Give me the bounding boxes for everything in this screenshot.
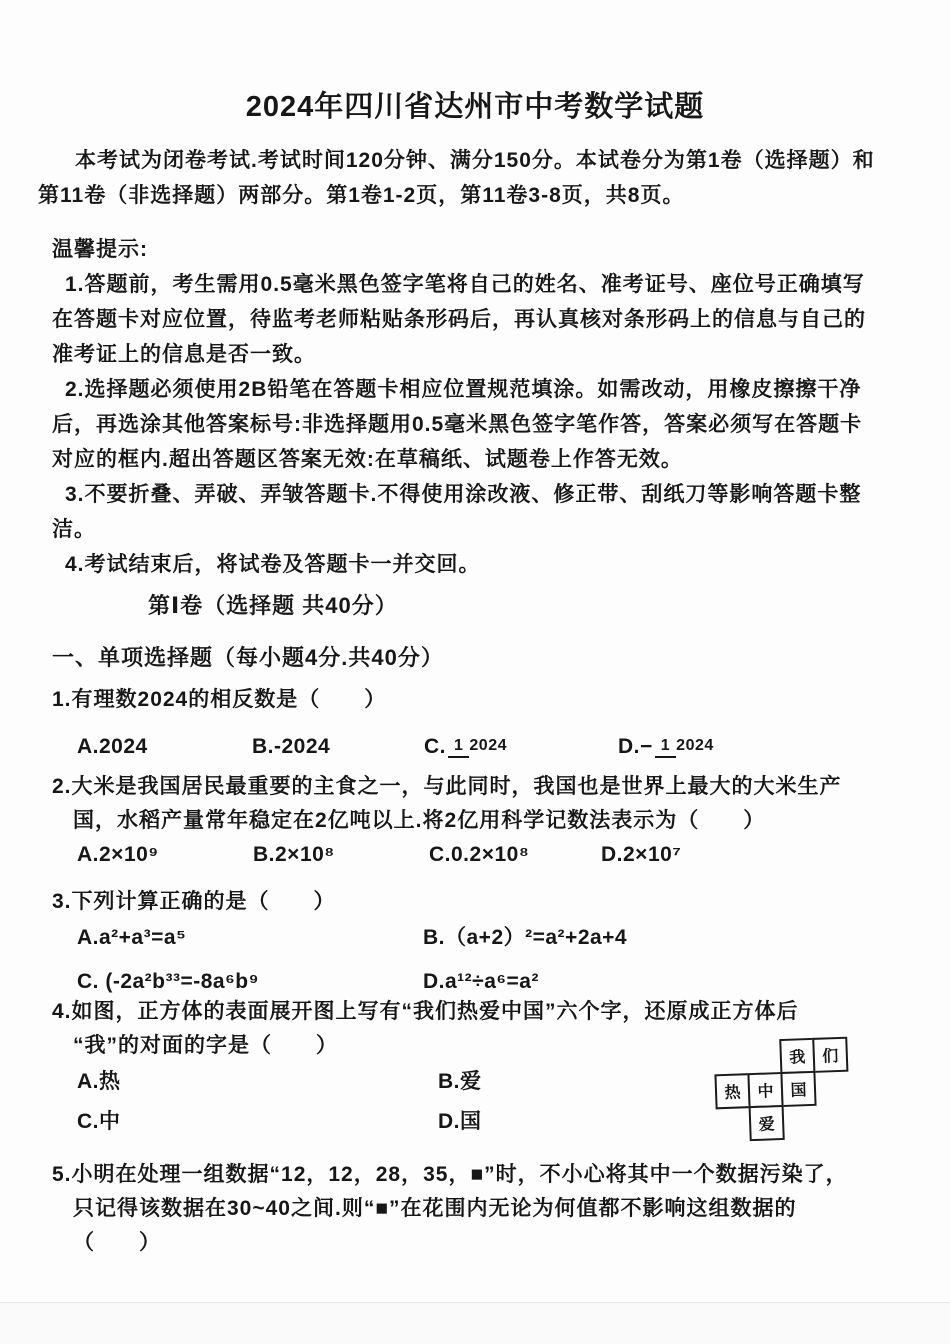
exam-intro: 本考试为闭卷考试.考试时间120分钟、满分150分。本试卷分为第1卷（选择题）和… bbox=[38, 143, 912, 213]
fraction-numerator: 1 bbox=[655, 737, 676, 758]
option-d: D.a¹²÷a⁶=a² bbox=[423, 965, 539, 999]
intro-line: 第11卷（非选择题）两部分。第1卷1-2页，第11卷3-8页，共8页。 bbox=[38, 178, 912, 213]
question-5: 5.小明在处理一组数据“12，12，28，35，■”时，不小心将其中一个数据污染… bbox=[52, 1158, 924, 1260]
option-b: B.2×10⁸ bbox=[253, 838, 429, 872]
question-3-options-row-2: C. (-2a²b³³=-8a⁶b⁹ D.a¹²÷a⁶=a² bbox=[52, 965, 924, 999]
question-3-options-row-1: A.a²+a³=a⁵ B.（a+2）²=a²+2a+4 bbox=[52, 921, 924, 955]
option-c: C. (-2a²b³³=-8a⁶b⁹ bbox=[77, 965, 423, 999]
option-c: C.12024 bbox=[424, 730, 618, 764]
question-5-text: 只记得该数据在30~40之间.则“■”在花围内无论为何值都不影响这组数据的 bbox=[52, 1192, 924, 1226]
question-1-text: 1.有理数2024的相反数是（ ） bbox=[52, 683, 924, 717]
tips-heading: 温馨提示: bbox=[52, 232, 922, 267]
option-c: C.0.2×10⁸ bbox=[429, 838, 601, 872]
question-4-text: 4.如图，正方体的表面展开图上写有“我们热爱中国”六个字，还原成正方体后 bbox=[52, 995, 924, 1029]
option-b: B.爱 bbox=[438, 1065, 482, 1099]
tip-line: 对应的框内.超出答题区答案无效:在草稿纸、试题卷上作答无效。 bbox=[52, 442, 922, 477]
option-a: A.2×10⁹ bbox=[77, 838, 253, 872]
question-2-text: 国，水稻产量常年稳定在2亿吨以上.将2亿用科学记数法表示为（ ） bbox=[52, 804, 924, 838]
net-cell: 热 bbox=[714, 1073, 750, 1109]
scan-below-edge bbox=[0, 1303, 950, 1344]
tip-line: 1.答题前，考生需用0.5毫米黑色签字笔将自己的姓名、准考证号、座位号正确填写 bbox=[52, 267, 922, 302]
option-d: D.−12024 bbox=[618, 730, 714, 764]
question-2-options: A.2×10⁹ B.2×10⁸ C.0.2×10⁸ D.2×10⁷ bbox=[52, 838, 924, 872]
option-b: B.（a+2）²=a²+2a+4 bbox=[423, 921, 627, 955]
tip-line: 2.选择题必须使用2B铅笔在答题卡相应位置规范填涂。如需改动，用橡皮擦擦干净 bbox=[52, 372, 922, 407]
question-2-text: 2.大米是我国居民最重要的主食之一，与此同时，我国也是世界上最大的大米生产 bbox=[52, 770, 924, 804]
option-d: D.2×10⁷ bbox=[601, 838, 681, 872]
option-a: A.2024 bbox=[77, 730, 252, 764]
option-c: C.中 bbox=[77, 1105, 438, 1139]
question-1: 1.有理数2024的相反数是（ ） A.2024 B.-2024 C.12024… bbox=[52, 683, 924, 769]
option-d: D.国 bbox=[438, 1105, 482, 1139]
net-cell: 我 bbox=[779, 1038, 815, 1074]
net-cell: 国 bbox=[780, 1071, 816, 1107]
fraction-numerator: 1 bbox=[448, 737, 469, 758]
option-a: A.热 bbox=[77, 1065, 438, 1099]
tip-line: 3.不要折叠、弄破、弄皱答题卡.不得使用涂改液、修正带、刮纸刀等影响答题卡整 bbox=[52, 477, 922, 512]
tip-line: 后，再选涂其他答案标号:非选择题用0.5毫米黑色签字笔作答，答案必须写在答题卡 bbox=[52, 407, 922, 442]
fraction-denominator: 2024 bbox=[469, 735, 507, 754]
question-3: 3.下列计算正确的是（ ） A.a²+a³=a⁵ B.（a+2）²=a²+2a+… bbox=[52, 885, 924, 999]
tip-line: 4.考试结束后，将试卷及答题卡一并交回。 bbox=[52, 547, 922, 582]
intro-line: 本考试为闭卷考试.考试时间120分钟、满分150分。本试卷分为第1卷（选择题）和 bbox=[38, 143, 912, 178]
option-a: A.a²+a³=a⁵ bbox=[77, 921, 423, 955]
exam-title: 2024年四川省达州市中考数学试题 bbox=[0, 84, 950, 125]
question-5-text: 5.小明在处理一组数据“12，12，28，35，■”时，不小心将其中一个数据污染… bbox=[52, 1158, 924, 1192]
option-b: B.-2024 bbox=[252, 730, 424, 764]
net-cell: 爱 bbox=[749, 1105, 785, 1141]
section-1-title: 第Ⅰ卷（选择题 共40分） bbox=[148, 589, 398, 620]
question-3-text: 3.下列计算正确的是（ ） bbox=[52, 885, 924, 919]
option-d-prefix: D.− bbox=[618, 735, 653, 758]
option-c-prefix: C. bbox=[424, 735, 446, 758]
tip-item-3: 3.不要折叠、弄破、弄皱答题卡.不得使用涂改液、修正带、刮纸刀等影响答题卡整 洁… bbox=[52, 477, 922, 547]
fraction: 12024 bbox=[448, 733, 507, 754]
net-cell: 中 bbox=[747, 1072, 783, 1108]
fraction: 12024 bbox=[655, 733, 714, 754]
tips-block: 温馨提示: 1.答题前，考生需用0.5毫米黑色签字笔将自己的姓名、准考证号、座位… bbox=[52, 232, 922, 582]
tip-line: 洁。 bbox=[52, 512, 922, 547]
question-2: 2.大米是我国居民最重要的主食之一，与此同时，我国也是世界上最大的大米生产 国，… bbox=[52, 770, 924, 872]
tip-item-1: 1.答题前，考生需用0.5毫米黑色签字笔将自己的姓名、准考证号、座位号正确填写 … bbox=[52, 267, 922, 372]
tip-line: 在答题卡对应位置，待监考老师粘贴条形码后，再认真核对条形码上的信息与自己的 bbox=[52, 302, 922, 337]
fraction-denominator: 2024 bbox=[676, 735, 714, 754]
net-cell: 们 bbox=[812, 1037, 848, 1073]
tip-line: 准考证上的信息是否一致。 bbox=[52, 337, 922, 372]
tip-item-4: 4.考试结束后，将试卷及答题卡一并交回。 bbox=[52, 547, 922, 582]
part-1-heading: 一、单项选择题（每小题4分.共40分） bbox=[52, 641, 444, 672]
tip-item-2: 2.选择题必须使用2B铅笔在答题卡相应位置规范填涂。如需改动，用橡皮擦擦干净 后… bbox=[52, 372, 922, 477]
exam-paper-page: 2024年四川省达州市中考数学试题 本考试为闭卷考试.考试时间120分钟、满分1… bbox=[0, 0, 950, 1344]
question-1-options: A.2024 B.-2024 C.12024 D.−12024 bbox=[52, 725, 924, 769]
question-5-text: （ ） bbox=[52, 1226, 924, 1260]
cube-net-figure: 我 们 热 中 国 爱 bbox=[714, 1038, 849, 1142]
